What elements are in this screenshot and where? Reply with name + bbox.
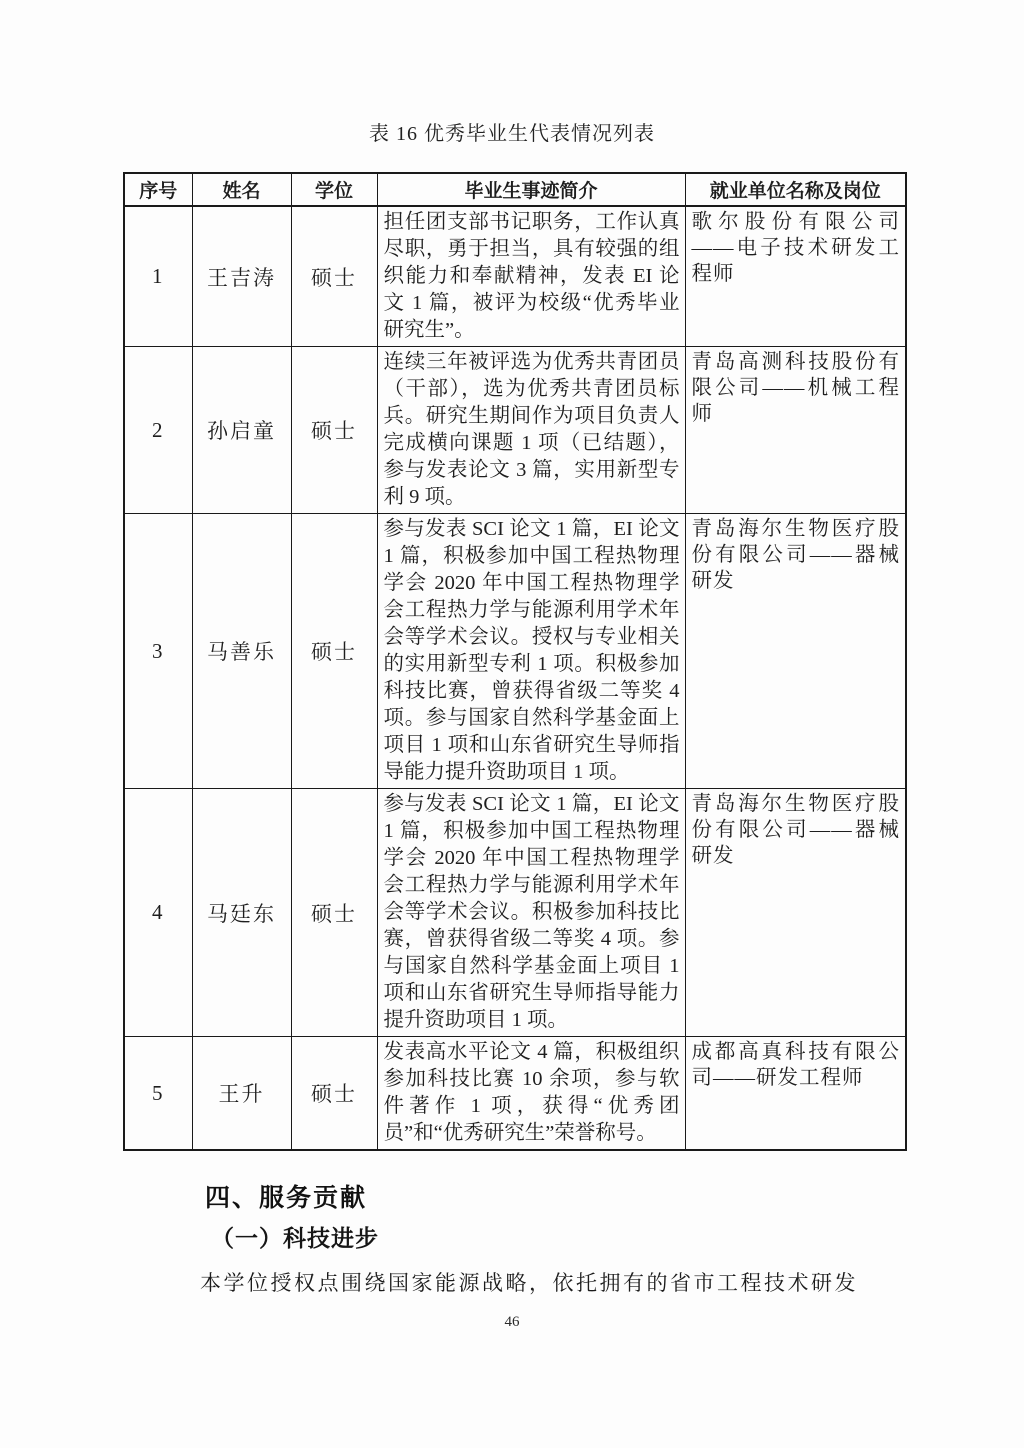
cell-degree: 硕士 — [291, 347, 377, 514]
table-caption: 表 16 优秀毕业生代表情况列表 — [0, 117, 1024, 146]
table-row: 4 马廷东 硕士 参与发表 SCI 论文 1 篇，EI 论文 1 篇，积极参加中… — [124, 789, 906, 1037]
cell-employer: 歌尔股份有限公司——电子技术研发工程师 — [685, 206, 906, 347]
cell-no: 2 — [124, 347, 192, 514]
column-header-employer: 就业单位名称及岗位 — [685, 173, 906, 206]
section-heading: 四、服务贡献 — [205, 1178, 367, 1214]
cell-degree: 硕士 — [291, 789, 377, 1037]
cell-no: 3 — [124, 514, 192, 789]
table-row: 5 王升 硕士 发表高水平论文 4 篇，积极组织参加科技比赛 10 余项，参与软… — [124, 1037, 906, 1151]
cell-no: 5 — [124, 1037, 192, 1151]
cell-no: 1 — [124, 206, 192, 347]
cell-deeds: 连续三年被评选为优秀共青团员（干部），选为优秀共青团员标兵。研究生期间作为项目负… — [377, 347, 685, 514]
cell-name: 王升 — [192, 1037, 291, 1151]
cell-name: 孙启童 — [192, 347, 291, 514]
cell-deeds: 发表高水平论文 4 篇，积极组织参加科技比赛 10 余项，参与软件著作 1 项，… — [377, 1037, 685, 1151]
cell-deeds: 参与发表 SCI 论文 1 篇，EI 论文 1 篇，积极参加中国工程热物理学会 … — [377, 789, 685, 1037]
cell-employer: 青岛海尔生物医疗股份有限公司——器械研发 — [685, 789, 906, 1037]
document-page: 表 16 优秀毕业生代表情况列表 序号 姓名 学位 毕业生事迹简介 就业单位名称… — [0, 0, 1024, 1448]
cell-name: 马廷东 — [192, 789, 291, 1037]
cell-degree: 硕士 — [291, 1037, 377, 1151]
cell-employer: 青岛海尔生物医疗股份有限公司——器械研发 — [685, 514, 906, 789]
cell-deeds: 担任团支部书记职务，工作认真尽职，勇于担当，具有较强的组织能力和奉献精神，发表 … — [377, 206, 685, 347]
cell-degree: 硕士 — [291, 514, 377, 789]
graduates-table: 序号 姓名 学位 毕业生事迹简介 就业单位名称及岗位 1 王吉涛 硕士 担任团支… — [123, 172, 907, 1151]
column-header-degree: 学位 — [291, 173, 377, 206]
page-number: 46 — [0, 1314, 1024, 1331]
column-header-name: 姓名 — [192, 173, 291, 206]
table-row: 2 孙启童 硕士 连续三年被评选为优秀共青团员（干部），选为优秀共青团员标兵。研… — [124, 347, 906, 514]
table-row: 3 马善乐 硕士 参与发表 SCI 论文 1 篇，EI 论文 1 篇，积极参加中… — [124, 514, 906, 789]
column-header-deeds: 毕业生事迹简介 — [377, 173, 685, 206]
cell-name: 马善乐 — [192, 514, 291, 789]
section-subheading: （一）科技进步 — [211, 1220, 379, 1253]
table-row: 1 王吉涛 硕士 担任团支部书记职务，工作认真尽职，勇于担当，具有较强的组织能力… — [124, 206, 906, 347]
cell-deeds: 参与发表 SCI 论文 1 篇，EI 论文 1 篇，积极参加中国工程热物理学会 … — [377, 514, 685, 789]
cell-no: 4 — [124, 789, 192, 1037]
column-header-no: 序号 — [124, 173, 192, 206]
cell-name: 王吉涛 — [192, 206, 291, 347]
cell-degree: 硕士 — [291, 206, 377, 347]
cell-employer: 成都高真科技有限公司——研发工程师 — [685, 1037, 906, 1151]
header-row: 序号 姓名 学位 毕业生事迹简介 就业单位名称及岗位 — [124, 173, 906, 206]
cell-employer: 青岛高测科技股份有限公司——机械工程师 — [685, 347, 906, 514]
body-paragraph: 本学位授权点围绕国家能源战略，依托拥有的省市工程技术研发 — [200, 1268, 920, 1298]
